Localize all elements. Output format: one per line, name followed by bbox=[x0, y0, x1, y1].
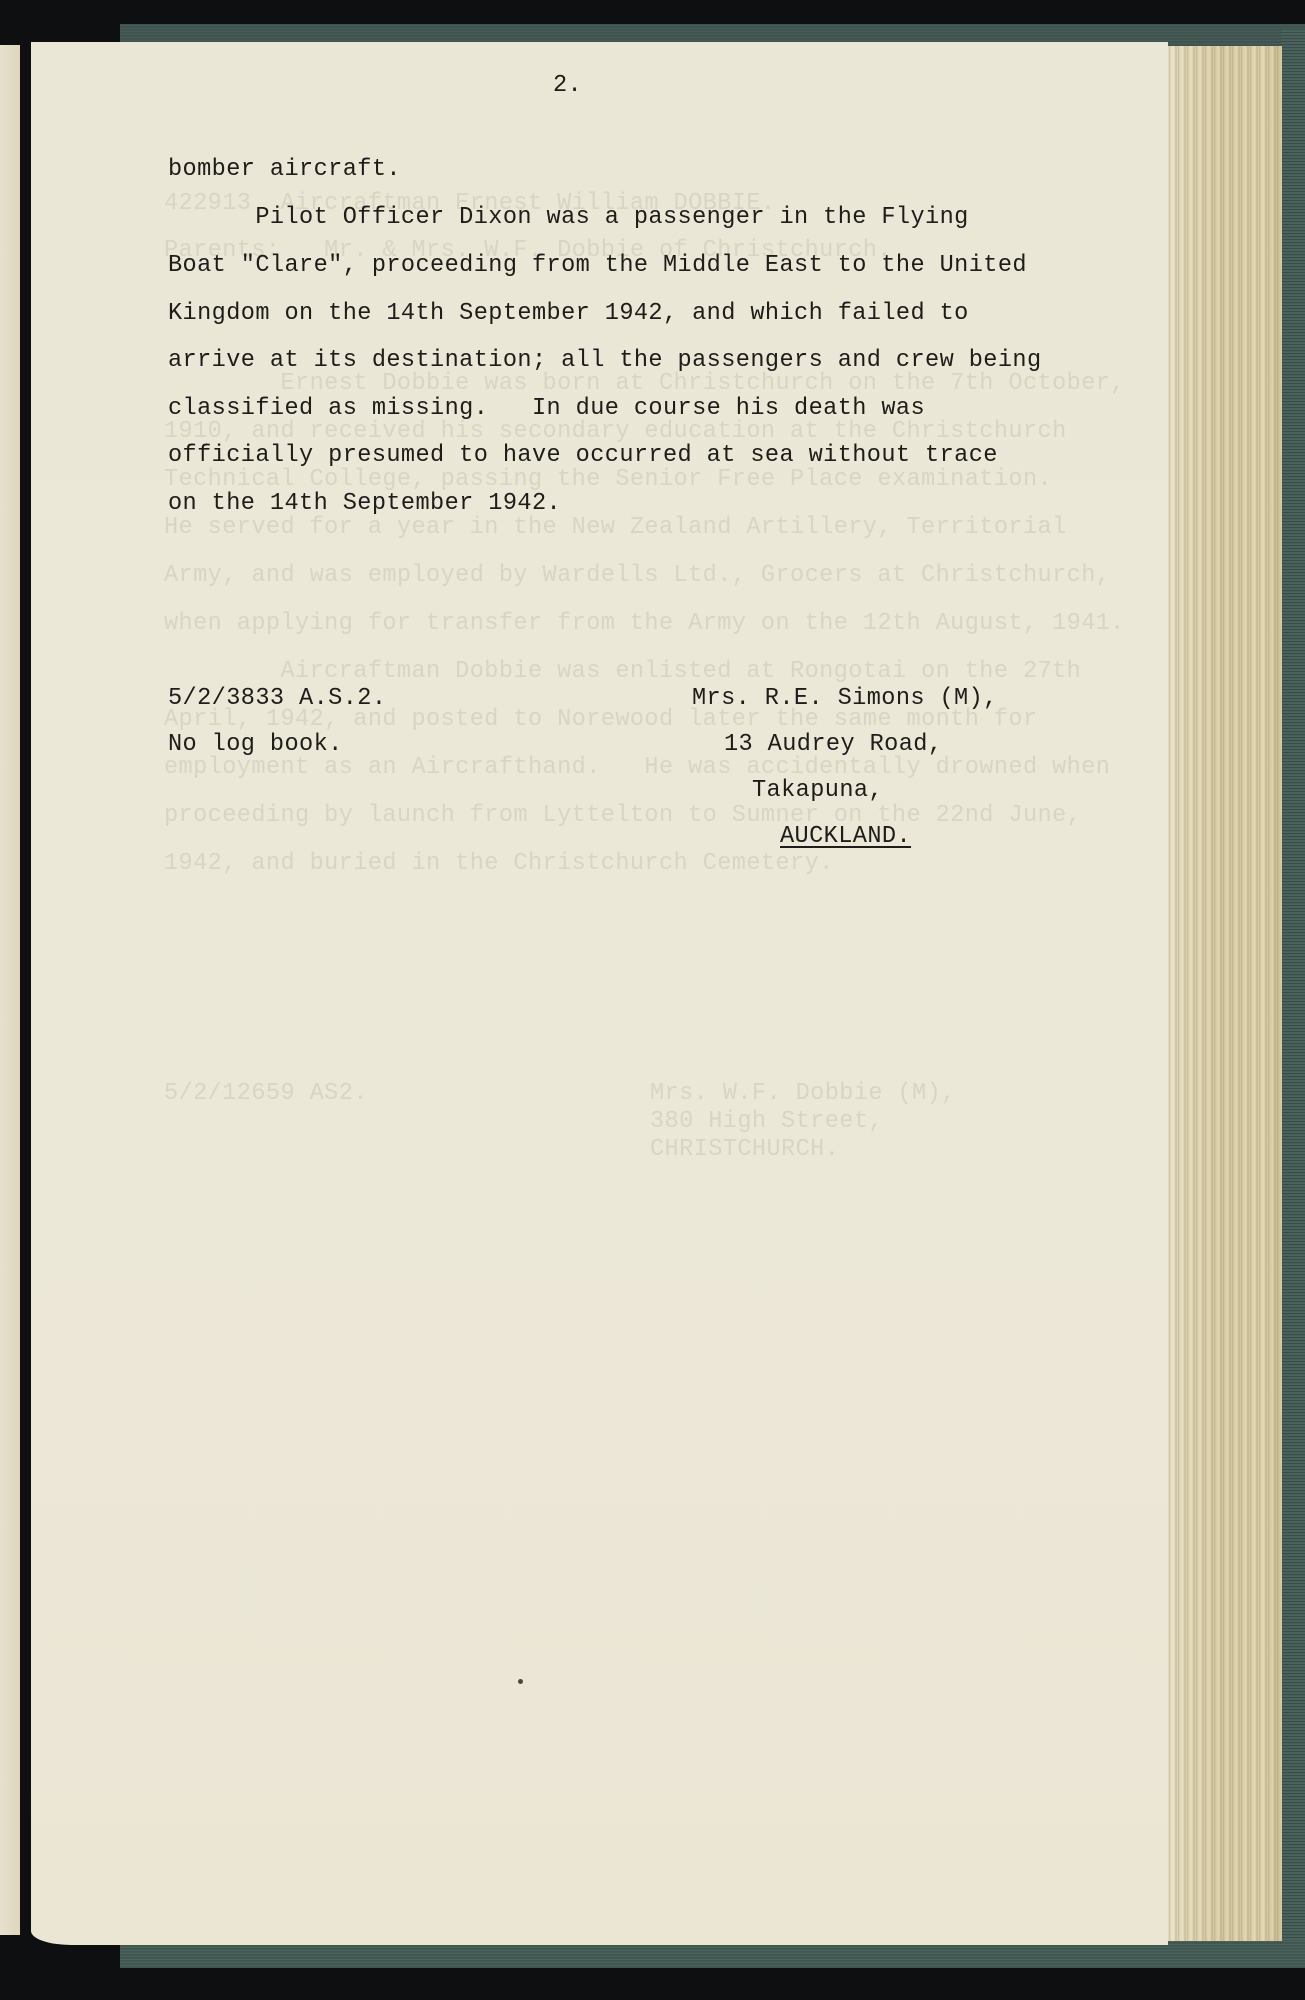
ghost-address-line: CHRISTCHURCH. bbox=[650, 1138, 839, 1162]
ghost-address-line: Mrs. W.F. Dobbie (M), bbox=[650, 1082, 956, 1106]
body-line: bomber aircraft. bbox=[168, 158, 401, 182]
body-line: classified as missing. In due course his… bbox=[168, 397, 925, 421]
paper-speck bbox=[518, 1679, 523, 1684]
body-line: officially presumed to have occurred at … bbox=[168, 444, 998, 468]
body-line: Pilot Officer Dixon was a passenger in t… bbox=[168, 206, 969, 230]
file-reference: 5/2/3833 A.S.2. bbox=[168, 687, 386, 711]
ghost-line: when applying for transfer from the Army… bbox=[164, 612, 1125, 636]
address-city: AUCKLAND. bbox=[780, 825, 911, 849]
ghost-line: 1910, and received his secondary educati… bbox=[164, 420, 1067, 444]
ghost-reference: 5/2/12659 AS2. bbox=[164, 1082, 368, 1106]
log-book-note: No log book. bbox=[168, 733, 343, 757]
ghost-line: He served for a year in the New Zealand … bbox=[164, 516, 1067, 540]
ghost-line: proceeding by launch from Lyttelton to S… bbox=[164, 804, 1081, 828]
ghost-line: Technical College, passing the Senior Fr… bbox=[164, 468, 1052, 492]
document-page: 422913 Aircraftman Ernest William DOBBIE… bbox=[31, 42, 1168, 1945]
address-suburb: Takapuna, bbox=[752, 779, 883, 803]
body-line: on the 14th September 1942. bbox=[168, 492, 561, 516]
page-stack-edges bbox=[1160, 46, 1282, 1941]
facing-page-edge bbox=[0, 45, 20, 1935]
ghost-address-line: 380 High Street, bbox=[650, 1110, 883, 1134]
body-line: Boat "Clare", proceeding from the Middle… bbox=[168, 254, 1027, 278]
address-street: 13 Audrey Road, bbox=[724, 733, 942, 757]
book-cover-right bbox=[1281, 30, 1305, 1965]
ghost-line: Army, and was employed by Wardells Ltd.,… bbox=[164, 564, 1110, 588]
ghost-line: Ernest Dobbie was born at Christchurch o… bbox=[164, 372, 1125, 396]
page-number: 2. bbox=[553, 74, 582, 98]
body-line: arrive at its destination; all the passe… bbox=[168, 349, 1042, 373]
body-line: Kingdom on the 14th September 1942, and … bbox=[168, 302, 969, 326]
address-name: Mrs. R.E. Simons (M), bbox=[692, 687, 998, 711]
ghost-line: Aircraftman Dobbie was enlisted at Rongo… bbox=[164, 660, 1081, 684]
ghost-line: 1942, and buried in the Christchurch Cem… bbox=[164, 852, 834, 876]
ghost-line: employment as an Aircrafthand. He was ac… bbox=[164, 756, 1110, 780]
